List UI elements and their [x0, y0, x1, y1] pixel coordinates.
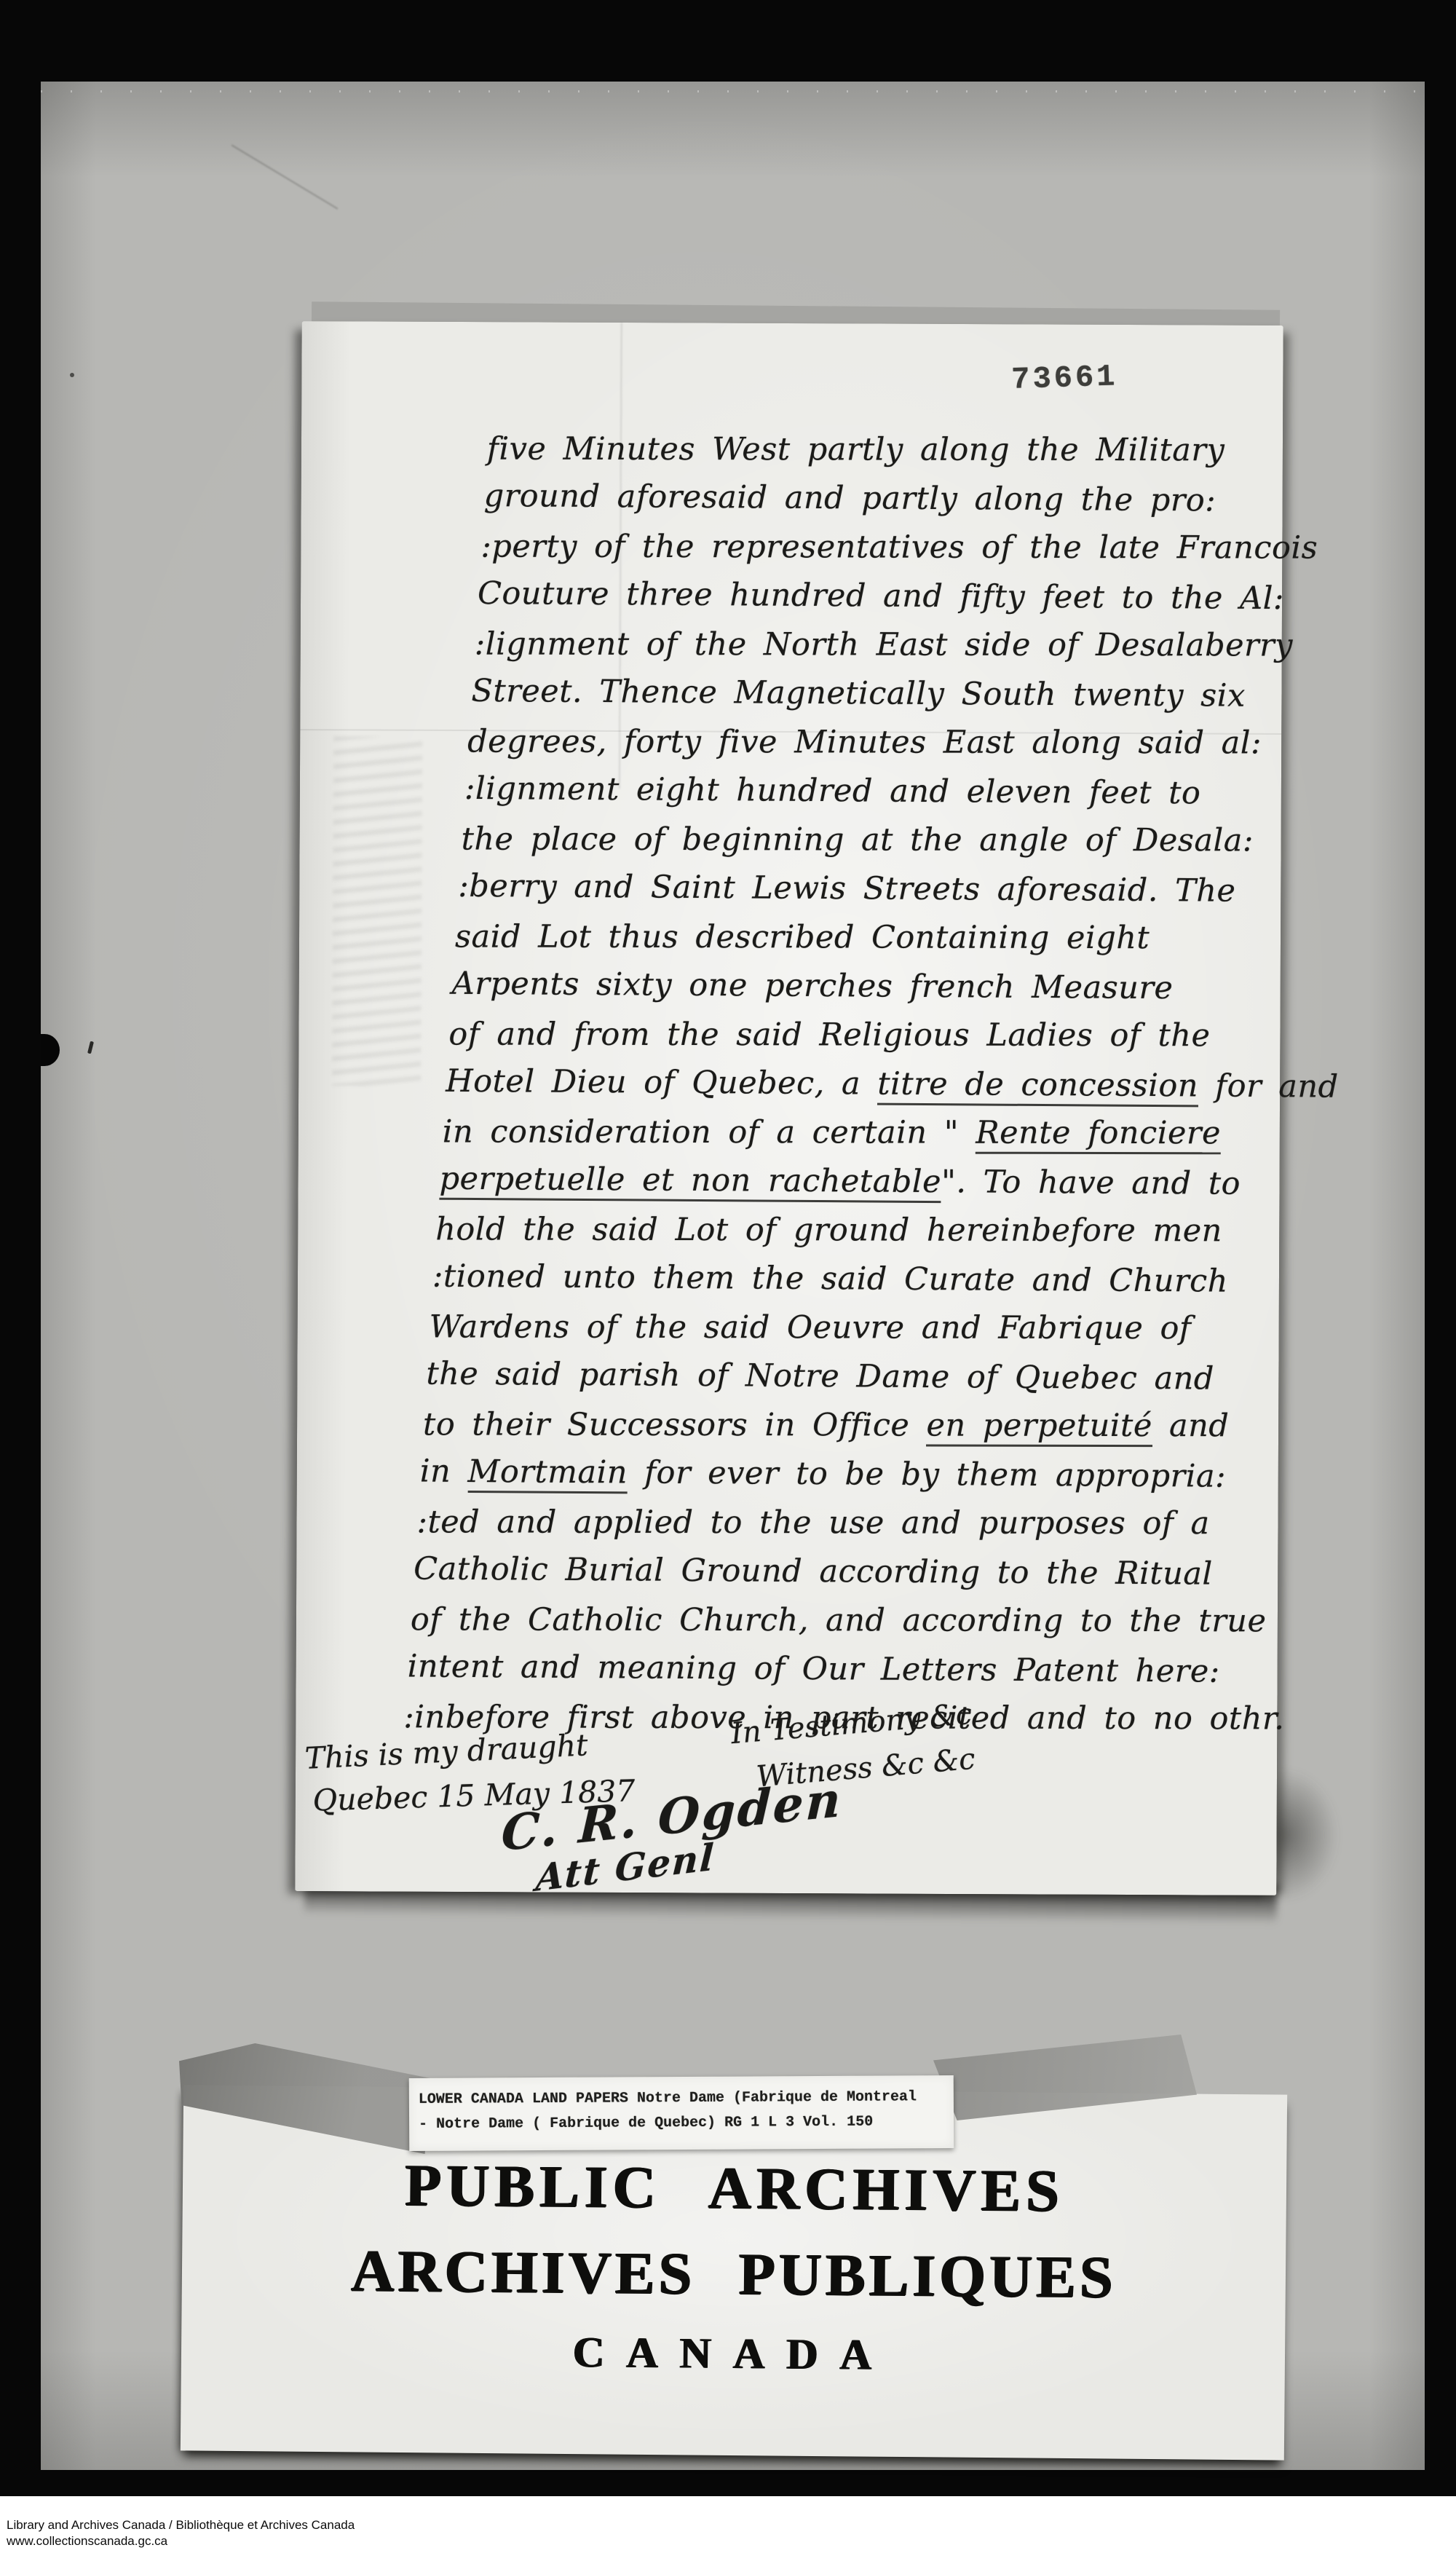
text-segment: :perty of the representatives of the lat… — [480, 529, 1318, 567]
reference-label: LOWER CANADA LAND PAPERS Notre Dame (Fab… — [409, 2075, 954, 2151]
text-segment: :lignment eight hundred and eleven feet … — [464, 770, 1201, 812]
manuscript-text: five Minutes West partly along the Milit… — [296, 429, 1283, 1751]
manuscript-line: Wardens of the said Oeuvre and Fabrique … — [430, 1309, 1279, 1359]
reference-label-line: LOWER CANADA LAND PAPERS Notre Dame (Fab… — [419, 2085, 954, 2112]
film-edge-tick — [87, 1041, 94, 1054]
text-segment: intent and meaning of Our Letters Patent… — [407, 1648, 1219, 1689]
text-segment: of the Catholic Church, and according to… — [410, 1601, 1266, 1639]
manuscript-line: Catholic Burial Ground according to the … — [414, 1551, 1278, 1606]
text-segment: ground aforesaid and partly along the pr… — [483, 478, 1216, 518]
manuscript-line: :lignment eight hundred and eleven feet … — [464, 770, 1281, 824]
text-segment: to their Successors in Office — [423, 1406, 927, 1443]
folio-stamp-number: 73661 — [1011, 359, 1118, 397]
text-segment: and — [1152, 1408, 1230, 1444]
manuscript-line: in Mortmain for ever to be by them appro… — [419, 1453, 1278, 1508]
manuscript-line: :berry and Saint Lewis Streets aforesaid… — [458, 868, 1281, 922]
manuscript-line: said Lot thus described Containing eight — [455, 918, 1281, 968]
text-segment: in — [420, 1453, 468, 1490]
text-segment: Catholic Burial Ground according to the … — [414, 1551, 1213, 1593]
manuscript-line: five Minutes West partly along the Milit… — [487, 431, 1283, 481]
manuscript-line: of and from the said Religious Ladies of… — [448, 1016, 1280, 1066]
dust-speck — [70, 373, 74, 377]
underlined-phrase: Rente fonciere — [976, 1115, 1221, 1155]
text-segment: :ted and applied to the use and purposes… — [416, 1504, 1209, 1542]
text-segment: for ever to be by them appropria: — [628, 1454, 1226, 1494]
manuscript-line: ground aforesaid and partly along the pr… — [483, 478, 1283, 532]
manuscript-line: :ted and applied to the use and purposes… — [416, 1504, 1278, 1554]
manuscript-page: 73661 five Minutes West partly along the… — [295, 321, 1283, 1895]
stamp-line-english: PUBLIC ARCHIVES — [183, 2149, 1287, 2227]
manuscript-line: the said parish of Notre Dame of Quebec … — [426, 1356, 1278, 1410]
text-segment: hold the said Lot of ground hereinbefore… — [436, 1211, 1223, 1249]
manuscript-line: perpetuelle et non rachetable". To have … — [439, 1161, 1280, 1215]
microfilm-scan: 73661 five Minutes West partly along the… — [0, 0, 1456, 2561]
text-segment: :lignment of the North East side of Desa… — [474, 626, 1292, 664]
manuscript-line: the place of beginning at the angle of D… — [462, 821, 1281, 872]
text-segment: degrees, forty five Minutes East along s… — [468, 724, 1262, 762]
archives-attribution: Library and Archives Canada / Bibliothèq… — [7, 2518, 355, 2533]
manuscript-line: :tioned unto them the said Curate and Ch… — [432, 1258, 1279, 1313]
manuscript-line: Street. Thence Magnetically South twenty… — [471, 673, 1282, 727]
text-segment: :berry and Saint Lewis Streets aforesaid… — [458, 868, 1235, 909]
film-edge-notch — [41, 1034, 60, 1066]
manuscript-line: Couture three hundred and fifty feet to … — [478, 575, 1283, 629]
text-segment: Couture three hundred and fifty feet to … — [478, 575, 1284, 617]
reference-label-line: - Notre Dame ( Fabrique de Quebec) RG 1 … — [419, 2110, 954, 2137]
manuscript-line: :lignment of the North East side of Desa… — [474, 626, 1282, 676]
underlined-phrase: titre de concession — [877, 1066, 1198, 1108]
scan-footer: Library and Archives Canada / Bibliothèq… — [0, 2496, 1456, 2561]
text-segment: for and — [1198, 1068, 1339, 1105]
text-segment: Hotel Dieu of Quebec, a — [446, 1063, 877, 1102]
manuscript-line: intent and meaning of Our Letters Patent… — [407, 1648, 1278, 1702]
manuscript-line: to their Successors in Office en perpetu… — [423, 1406, 1278, 1456]
archives-url: www.collectionscanada.gc.ca — [7, 2534, 167, 2549]
manuscript-line: hold the said Lot of ground hereinbefore… — [436, 1211, 1280, 1261]
underlined-phrase: Mortmain — [467, 1453, 628, 1493]
underlined-phrase: perpetuelle et non rachetable — [439, 1161, 941, 1203]
public-archives-stamp: PUBLIC ARCHIVES ARCHIVES PUBLIQUES CANAD… — [181, 2149, 1287, 2383]
film-edge-specks — [41, 90, 1425, 92]
text-segment: Arpents sixty one perches french Measure — [451, 966, 1173, 1006]
text-segment: in consideration of a certain " — [442, 1113, 975, 1151]
manuscript-line: Hotel Dieu of Quebec, a titre de concess… — [446, 1063, 1281, 1117]
text-segment: Street. Thence Magnetically South twenty… — [471, 673, 1246, 714]
film-scratch — [232, 144, 339, 209]
underlined-phrase: en perpetuité — [926, 1408, 1152, 1448]
text-segment: five Minutes West partly along the Milit… — [487, 431, 1224, 469]
text-segment: ". To have and to — [941, 1164, 1240, 1202]
stamp-line-french: ARCHIVES PUBLIQUES — [182, 2235, 1286, 2313]
manuscript-line: :perty of the representatives of the lat… — [480, 529, 1282, 579]
text-segment: of and from the said Religious Ladies of… — [448, 1016, 1210, 1054]
text-segment: the said parish of Notre Dame of Quebec … — [426, 1356, 1214, 1397]
manuscript-line: in consideration of a certain " Rente fo… — [442, 1113, 1280, 1164]
manuscript-line: Arpents sixty one perches french Measure — [451, 966, 1281, 1019]
text-segment: the place of beginning at the angle of D… — [462, 821, 1254, 859]
manuscript-line: of the Catholic Church, and according to… — [410, 1601, 1278, 1652]
stamp-line-canada: CANADA — [181, 2324, 1286, 2383]
manuscript-line: degrees, forty five Minutes East along s… — [467, 724, 1281, 774]
text-segment: said Lot thus described Containing eight — [455, 918, 1150, 956]
text-segment: :tioned unto them the said Curate and Ch… — [432, 1258, 1228, 1300]
text-segment: Wardens of the said Oeuvre and Fabrique … — [430, 1309, 1192, 1346]
